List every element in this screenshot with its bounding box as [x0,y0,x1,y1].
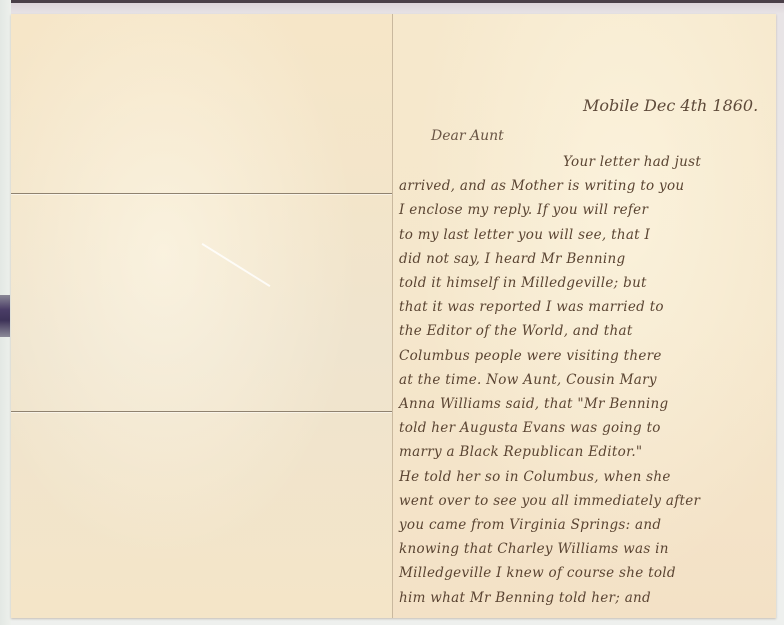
letter-line: Milledgeville I knew of course she told [399,565,676,581]
salutation: Dear Aunt [431,128,504,144]
letter-line: went over to see you all immediately aft… [399,493,700,509]
letter-line: told it himself in Milledgeville; but [399,275,647,291]
letter-line: at the time. Now Aunt, Cousin Mary [399,372,657,388]
fold-crease-lower [11,411,392,412]
letter-sheet: Mobile Dec 4th 1860. Dear Aunt Your lett… [11,14,776,618]
letter-line: Your letter had just [563,154,701,170]
dateline: Mobile Dec 4th 1860. [583,96,758,115]
scan-top-edge [0,0,784,3]
letter-line: Columbus people were visiting there [399,348,662,364]
letter-line: the Editor of the World, and that [399,323,633,339]
letter-line: knowing that Charley Williams was in [399,541,669,557]
color-calibration-patch [0,295,10,337]
letter-text: Mobile Dec 4th 1860. Dear Aunt Your lett… [393,14,776,618]
fold-crease-upper [11,193,392,194]
letter-line: to my last letter you will see, that I [399,227,650,243]
letter-line: I enclose my reply. If you will refer [399,202,648,218]
blank-left-page [11,14,392,618]
paper-scratch-mark [202,243,271,287]
letter-line: arrived, and as Mother is writing to you [399,178,684,194]
letter-line: He told her so in Columbus, when she [399,469,671,485]
letter-line: him what Mr Benning told her; and [399,590,651,606]
letter-line: Anna Williams said, that "Mr Benning [399,396,668,412]
written-right-page: Mobile Dec 4th 1860. Dear Aunt Your lett… [393,14,776,618]
letter-line: marry a Black Republican Editor." [399,444,642,460]
letter-line: you came from Virginia Springs: and [399,517,661,533]
letter-line: did not say, I heard Mr Benning [399,251,625,267]
letter-line: told her Augusta Evans was going to [399,420,661,436]
letter-line: that it was reported I was married to [399,299,664,315]
